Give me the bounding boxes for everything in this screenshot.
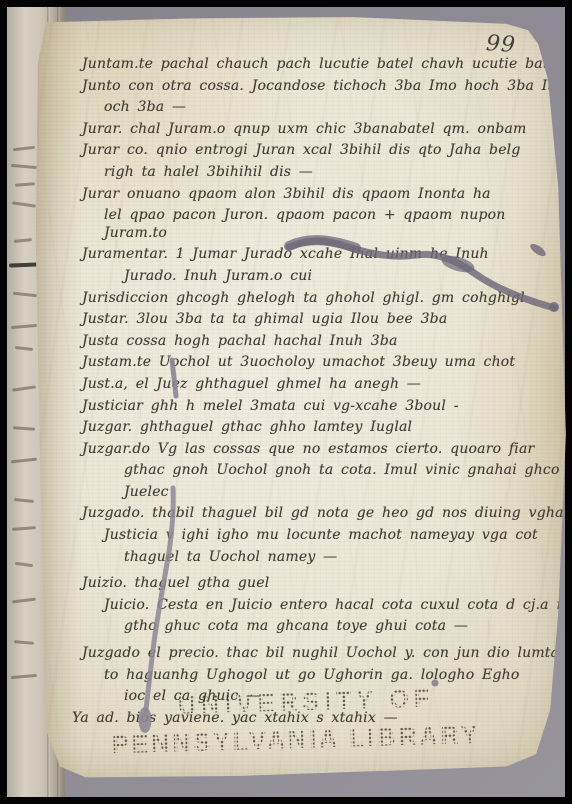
text-line: Justicia v ighi igho mu locunte machot n… <box>26 525 558 547</box>
verso-writing-mark <box>15 182 35 186</box>
manuscript-text: Juntam.te pachal chauch pach lucutie bat… <box>26 54 558 729</box>
verso-writing-mark <box>14 498 34 503</box>
text-line: righ ta halel 3bihihil dis — <box>26 162 558 184</box>
verso-writing-mark <box>15 562 33 567</box>
verso-writing-mark <box>9 262 39 267</box>
verso-writing-mark <box>11 674 37 679</box>
text-line: Juramentar. 1 Jumar Jurado xcahe Ihal ui… <box>26 244 558 266</box>
text-line: gtho ghuc cota ma ghcana toye ghui cota … <box>26 616 558 638</box>
scan-frame: 99 Juntam.te pachal chauch pach lucutie … <box>0 0 572 804</box>
text-line: Jurar onuano qpaom alon 3bihil dis qpaom… <box>26 184 558 206</box>
text-line: Jurar. chal Juram.o qnup uxm chic 3banab… <box>26 119 558 141</box>
verso-writing-mark <box>11 324 37 329</box>
text-line: Jurisdiccion ghcogh ghelogh ta ghohol gh… <box>26 288 558 310</box>
text-line: gthac gnoh Uochol gnoh ta cota. Imul vin… <box>26 460 558 482</box>
text-line: Juzgado. thabil thaguel bil gd nota ge h… <box>26 503 558 525</box>
text-line: Jurar co. qnio entrogi Juran xcal 3bihil… <box>26 140 558 162</box>
text-line: thaguel ta Uochol namey — <box>26 547 558 569</box>
verso-writing-mark <box>14 640 34 645</box>
text-line: Juzgar.do Vg las cossas que no estamos c… <box>26 439 558 461</box>
verso-writing-mark <box>13 292 37 297</box>
verso-writing-mark <box>13 146 35 152</box>
verso-writing-mark <box>13 426 35 431</box>
text-line: Justar. 3lou 3ba ta ta ghimal ugia Ilou … <box>26 309 558 331</box>
verso-writing-mark <box>12 598 36 604</box>
text-line: Justam.te Uochol ut 3uocholoy umachot 3b… <box>26 352 558 374</box>
verso-writing-mark <box>11 164 37 169</box>
verso-writing-mark <box>12 201 36 207</box>
text-line: Juicio. Cesta en Juicio entero hacal cot… <box>26 595 558 617</box>
text-line: Juzgado el precio. thac bil nughil Uocho… <box>26 643 558 665</box>
verso-writing-mark <box>12 526 36 531</box>
text-line: Justa cossa hogh pachal hachal Inuh 3ba <box>26 331 558 353</box>
text-line: och 3ba — <box>26 97 558 119</box>
text-line: Jurado. Inuh Juram.o cui <box>26 266 558 288</box>
manuscript-page: 99 Juntam.te pachal chauch pach lucutie … <box>26 10 568 782</box>
text-line: Just.a, el Juez ghthaguel ghmel ha anegh… <box>26 374 558 396</box>
text-line: Juizio. thaguel gtha guel <box>26 573 558 595</box>
text-line: Junto con otra cossa. Jocandose tichoch … <box>26 76 558 98</box>
text-line: Juzgar. ghthaguel gthac ghho lamtey Iugl… <box>26 417 558 439</box>
verso-writing-mark <box>15 346 33 351</box>
verso-writing-mark <box>14 238 32 243</box>
text-line: Justiciar ghh h melel 3mata cui vg-xcahe… <box>26 396 558 418</box>
text-line: Juelec <box>26 482 558 504</box>
verso-writing-mark <box>12 385 36 391</box>
verso-writing-mark <box>11 458 37 464</box>
text-line: to haguanhg Ughogol ut go Ughorin ga. lo… <box>26 665 558 687</box>
text-line: Juntam.te pachal chauch pach lucutie bat… <box>26 54 558 76</box>
